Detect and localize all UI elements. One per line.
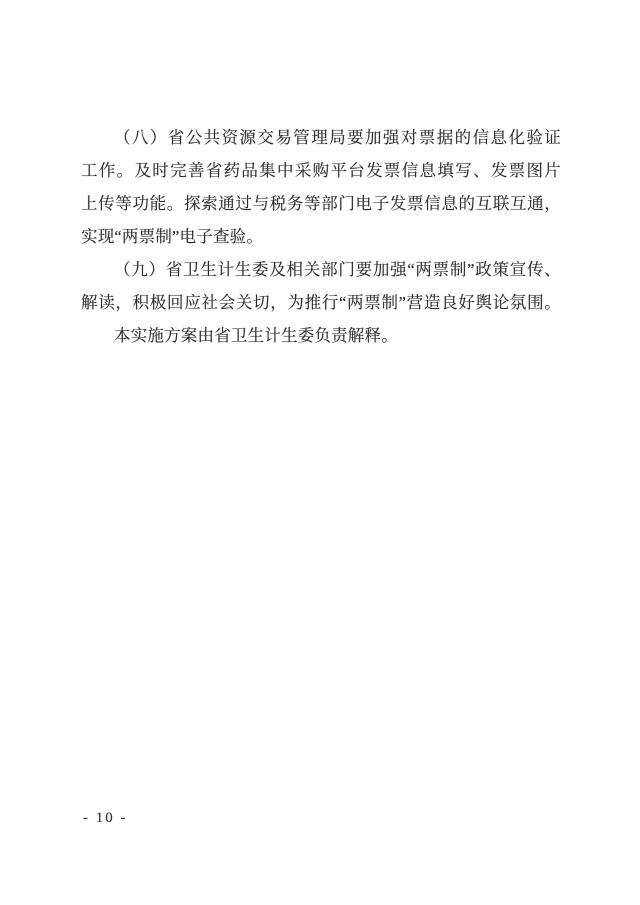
document-page: （八）省公共资源交易管理局要加强对票据的信息化验证工作。及时完善省药品集中采购平… [0, 0, 640, 905]
paragraph: （九）省卫生计生委及相关部门要加强“两票制”政策宣传、解读，积极回应社会关切，为… [81, 253, 561, 319]
text-line: 本实施方案由省卫生计生委负责解释。 [81, 319, 561, 352]
paragraph: 本实施方案由省卫生计生委负责解释。 [81, 319, 561, 352]
text-line: 解读，积极回应社会关切，为推行“两票制”营造良好舆论氛围。 [81, 286, 561, 319]
text-line: 工作。及时完善省药品集中采购平台发票信息填写、发票图片 [81, 154, 561, 187]
text-line: （九）省卫生计生委及相关部门要加强“两票制”政策宣传、 [81, 253, 561, 286]
page-number: - 10 - [83, 808, 128, 828]
document-body: （八）省公共资源交易管理局要加强对票据的信息化验证工作。及时完善省药品集中采购平… [81, 121, 561, 352]
text-line: （八）省公共资源交易管理局要加强对票据的信息化验证 [81, 121, 561, 154]
text-line: 上传等功能。探索通过与税务等部门电子发票信息的互联互通， [81, 187, 561, 220]
text-line: 实现“两票制”电子查验。 [81, 220, 561, 253]
paragraph: （八）省公共资源交易管理局要加强对票据的信息化验证工作。及时完善省药品集中采购平… [81, 121, 561, 253]
